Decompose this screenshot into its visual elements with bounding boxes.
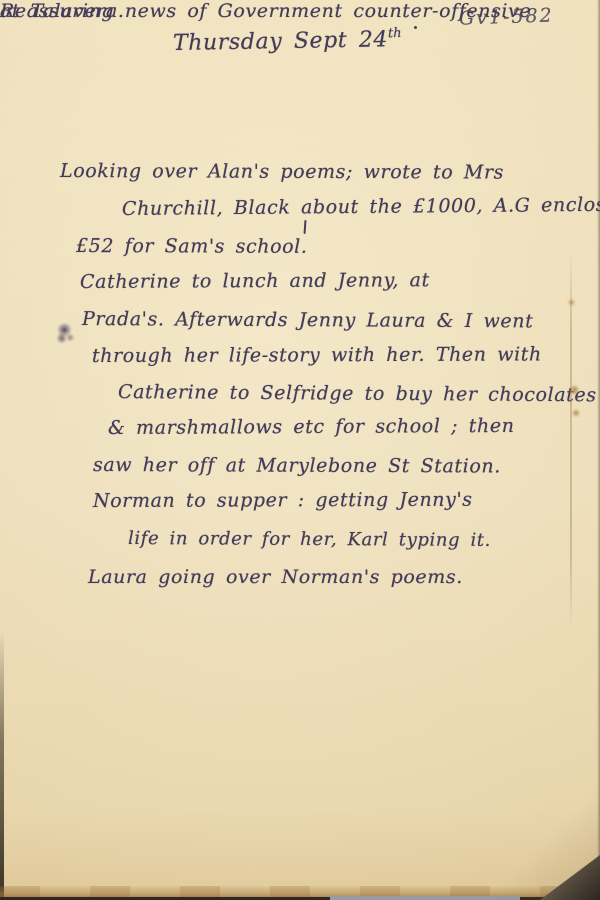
foxing-spot [571,386,578,394]
paper-edge-left [0,630,4,900]
manuscript-line: Looking over Alan's poems; wrote to Mrs [60,160,504,184]
manuscript-line: Prada's. Afterwards Jenny Laura & I went [82,308,533,332]
manuscript-line: Churchill, Black about the £1000, A.G en… [122,193,600,220]
manuscript-line: Catherine to Selfridge to buy her chocol… [118,381,597,406]
paper-crease [570,250,572,630]
manuscript-line: at Talavera. [0,0,125,22]
manuscript-line: Laura going over Norman's poems. [88,566,463,588]
date-ordinal-suffix: th [388,26,402,41]
manuscript-line: & marshmallows etc for school ; then [108,415,515,439]
manuscript-line: through her life-story with her. Then wi… [92,343,542,367]
manuscript-line: £52 for Sam's school. [76,235,308,258]
manuscript-line: Norman to supper : getting Jenny's [93,489,473,512]
ink-blot [49,315,80,350]
diary-page: Gv1-582 Thursday Sept 24th Looking over … [0,0,600,900]
foxing-spot [573,410,579,416]
manuscript-line: saw her off at Marylebone St Station. [93,454,501,477]
insertion-mark [304,220,307,234]
foxing-spot [569,300,574,305]
manuscript-line: Catherine to lunch and Jenny, at [80,269,430,293]
date-text: Thursday Sept 24 [173,27,388,56]
page-title: Thursday Sept 24th [173,26,402,56]
manuscript-line: life in order for her, Karl typing it. [128,528,491,551]
ink-speck [414,26,417,29]
